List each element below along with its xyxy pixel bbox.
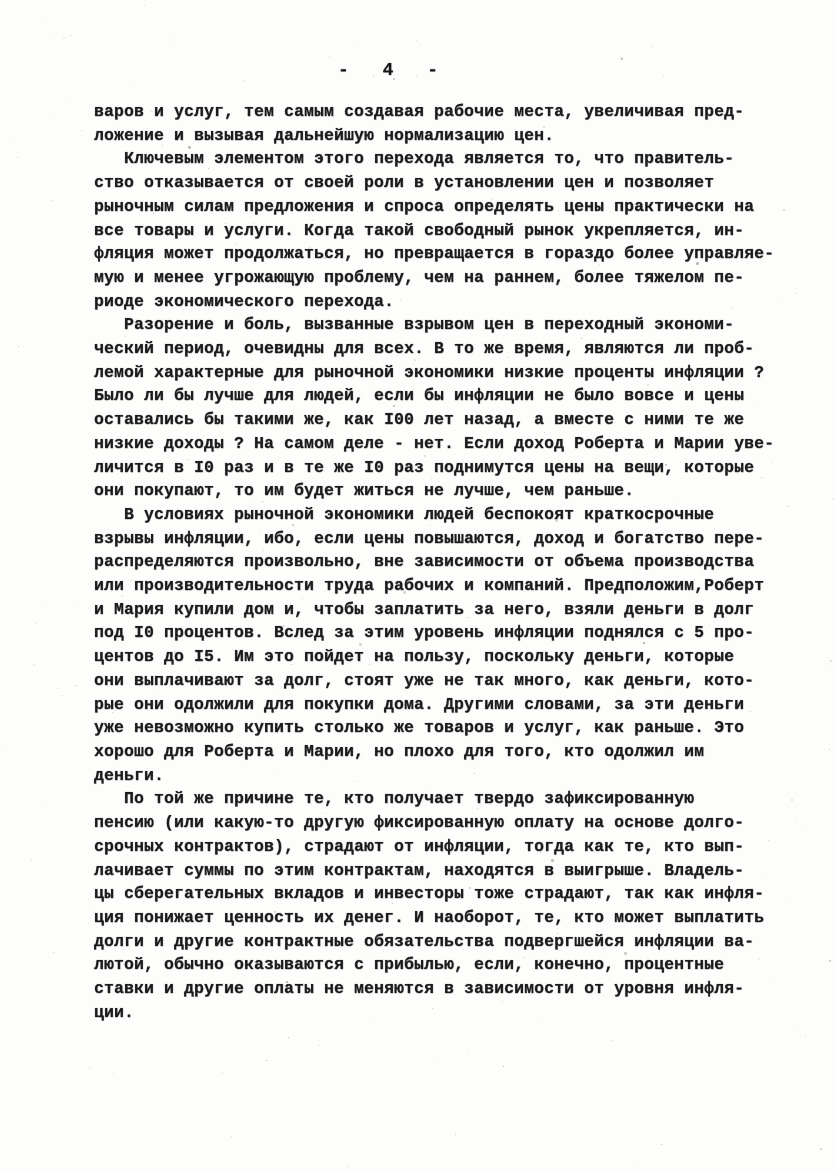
text-line: ции.	[94, 1001, 800, 1025]
noise-speck	[49, 35, 50, 36]
noise-speck	[357, 45, 358, 46]
noise-speck	[42, 600, 43, 601]
text-line: риоде экономического перехода.	[94, 290, 800, 314]
text-line: долги и другие контрактные обязательства…	[94, 930, 800, 954]
noise-speck	[455, 1134, 456, 1135]
text-line: ложение и вызывая дальнейшую нормализаци…	[94, 124, 800, 148]
noise-speck	[50, 112, 51, 113]
noise-speck	[171, 39, 173, 41]
noise-speck	[244, 80, 245, 81]
text-line: рые они одолжили для покупки дома. Други…	[94, 693, 800, 717]
noise-speck	[73, 607, 74, 608]
noise-speck	[621, 58, 623, 60]
noise-speck	[829, 960, 831, 962]
noise-speck	[45, 22, 46, 23]
noise-speck	[70, 35, 71, 36]
noise-speck	[231, 1136, 232, 1137]
noise-speck	[611, 1040, 612, 1041]
noise-speck	[329, 56, 330, 57]
text-line: они покупают, то им будет житься не лучш…	[94, 479, 800, 503]
noise-speck	[35, 623, 36, 624]
text-line: мую и менее угрожающую проблему, чем на …	[94, 266, 800, 290]
text-line: деньги.	[94, 764, 800, 788]
text-line: Ключевым элементом этого перехода являет…	[94, 147, 800, 171]
text-line: ставки и другие оплаты не меняются в зав…	[94, 977, 800, 1001]
noise-speck	[57, 688, 58, 689]
noise-speck	[81, 130, 82, 131]
noise-speck	[63, 37, 65, 39]
noise-speck	[467, 1053, 468, 1054]
noise-speck	[420, 44, 421, 45]
text-line: личится в I0 раз и в те же I0 раз подним…	[94, 456, 800, 480]
text-line: В условиях рыночной экономики людей бесп…	[94, 503, 800, 527]
text-line: лачивает суммы по этим контрактам, наход…	[94, 859, 800, 883]
text-line: хорошо для Роберта и Марии, но плохо для…	[94, 740, 800, 764]
text-line: варов и услуг, тем самым создавая рабочи…	[94, 100, 800, 124]
noise-speck	[830, 660, 832, 662]
noise-speck	[820, 1148, 822, 1150]
noise-speck	[3, 745, 4, 746]
noise-speck	[47, 804, 48, 805]
text-line: все товары и услуги. Когда такой свободн…	[94, 219, 800, 243]
noise-speck	[17, 157, 18, 158]
noise-speck	[75, 685, 76, 686]
noise-speck	[33, 664, 35, 666]
noise-speck	[661, 1144, 662, 1145]
noise-speck	[266, 1060, 267, 1061]
text-line: цы сберегательных вкладов и инвесторы то…	[94, 882, 800, 906]
noise-speck	[620, 57, 623, 60]
text-line: оставались бы такими же, как I00 лет наз…	[94, 408, 800, 432]
page-number: - 4 -	[338, 61, 441, 81]
noise-speck	[651, 46, 652, 47]
text-line: уже невозможно купить столько же товаров…	[94, 716, 800, 740]
text-line: срочных контрактов), страдают от инфляци…	[94, 835, 800, 859]
text-line: они выплачивают за долг, стоят уже не та…	[94, 669, 800, 693]
text-line: лютой, обычно оказываются с прибылью, ес…	[94, 953, 800, 977]
text-line: Разорение и боль, вызванные взрывом цен …	[94, 313, 800, 337]
noise-speck	[416, 40, 417, 41]
text-line: рыночным силам предложения и спроса опре…	[94, 195, 800, 219]
noise-speck	[319, 1045, 320, 1046]
text-line: под I0 процентов. Вслед за этим уровень …	[94, 621, 800, 645]
text-line: и Мария купили дом и, чтобы заплатить за…	[94, 598, 800, 622]
text-line: Было ли бы лучше для людей, если бы инфл…	[94, 384, 800, 408]
noise-speck	[65, 103, 66, 104]
noise-speck	[15, 139, 16, 140]
document-text-block: варов и услуг, тем самым создавая рабочи…	[94, 100, 800, 1024]
noise-speck	[144, 5, 145, 6]
noise-speck	[829, 749, 830, 750]
scanned-document-page: - 4 - варов и услуг, тем самым создавая …	[0, 0, 834, 1173]
noise-speck	[51, 200, 52, 201]
noise-speck	[222, 1072, 223, 1073]
text-line: пенсию (или какую-то другую фиксированну…	[94, 811, 800, 835]
text-line: ция понижает ценность их денег. И наобор…	[94, 906, 800, 930]
text-line: лемой характерные для рыночной экономики…	[94, 361, 800, 385]
noise-speck	[634, 1162, 635, 1163]
noise-speck	[663, 75, 664, 76]
text-line: ческий период, очевидны для всех. В то ж…	[94, 337, 800, 361]
noise-speck	[828, 671, 829, 672]
text-line: распределяются произвольно, вне зависимо…	[94, 550, 800, 574]
text-line: или производительности труда рабочих и к…	[94, 574, 800, 598]
text-line: По той же причине те, кто получает тверд…	[94, 787, 800, 811]
text-line: центов до I5. Им это пойдет на пользу, п…	[94, 645, 800, 669]
text-line: фляция может продолжаться, но превращает…	[94, 242, 800, 266]
noise-speck	[805, 1036, 806, 1037]
noise-speck	[53, 952, 54, 953]
text-line: низкие доходы ? На самом деле - нет. Есл…	[94, 432, 800, 456]
text-line: взрывы инфляции, ибо, если цены повышают…	[94, 527, 800, 551]
noise-speck	[18, 346, 19, 347]
noise-speck	[347, 1166, 348, 1167]
noise-speck	[113, 1073, 114, 1074]
noise-speck	[503, 1066, 504, 1067]
noise-speck	[802, 826, 803, 827]
noise-speck	[31, 860, 32, 861]
noise-speck	[288, 1037, 289, 1038]
noise-speck	[89, 1067, 90, 1068]
text-line: ство отказывается от своей роли в устано…	[94, 171, 800, 195]
noise-speck	[62, 695, 63, 696]
noise-speck	[134, 85, 135, 86]
noise-speck	[437, 1056, 438, 1057]
